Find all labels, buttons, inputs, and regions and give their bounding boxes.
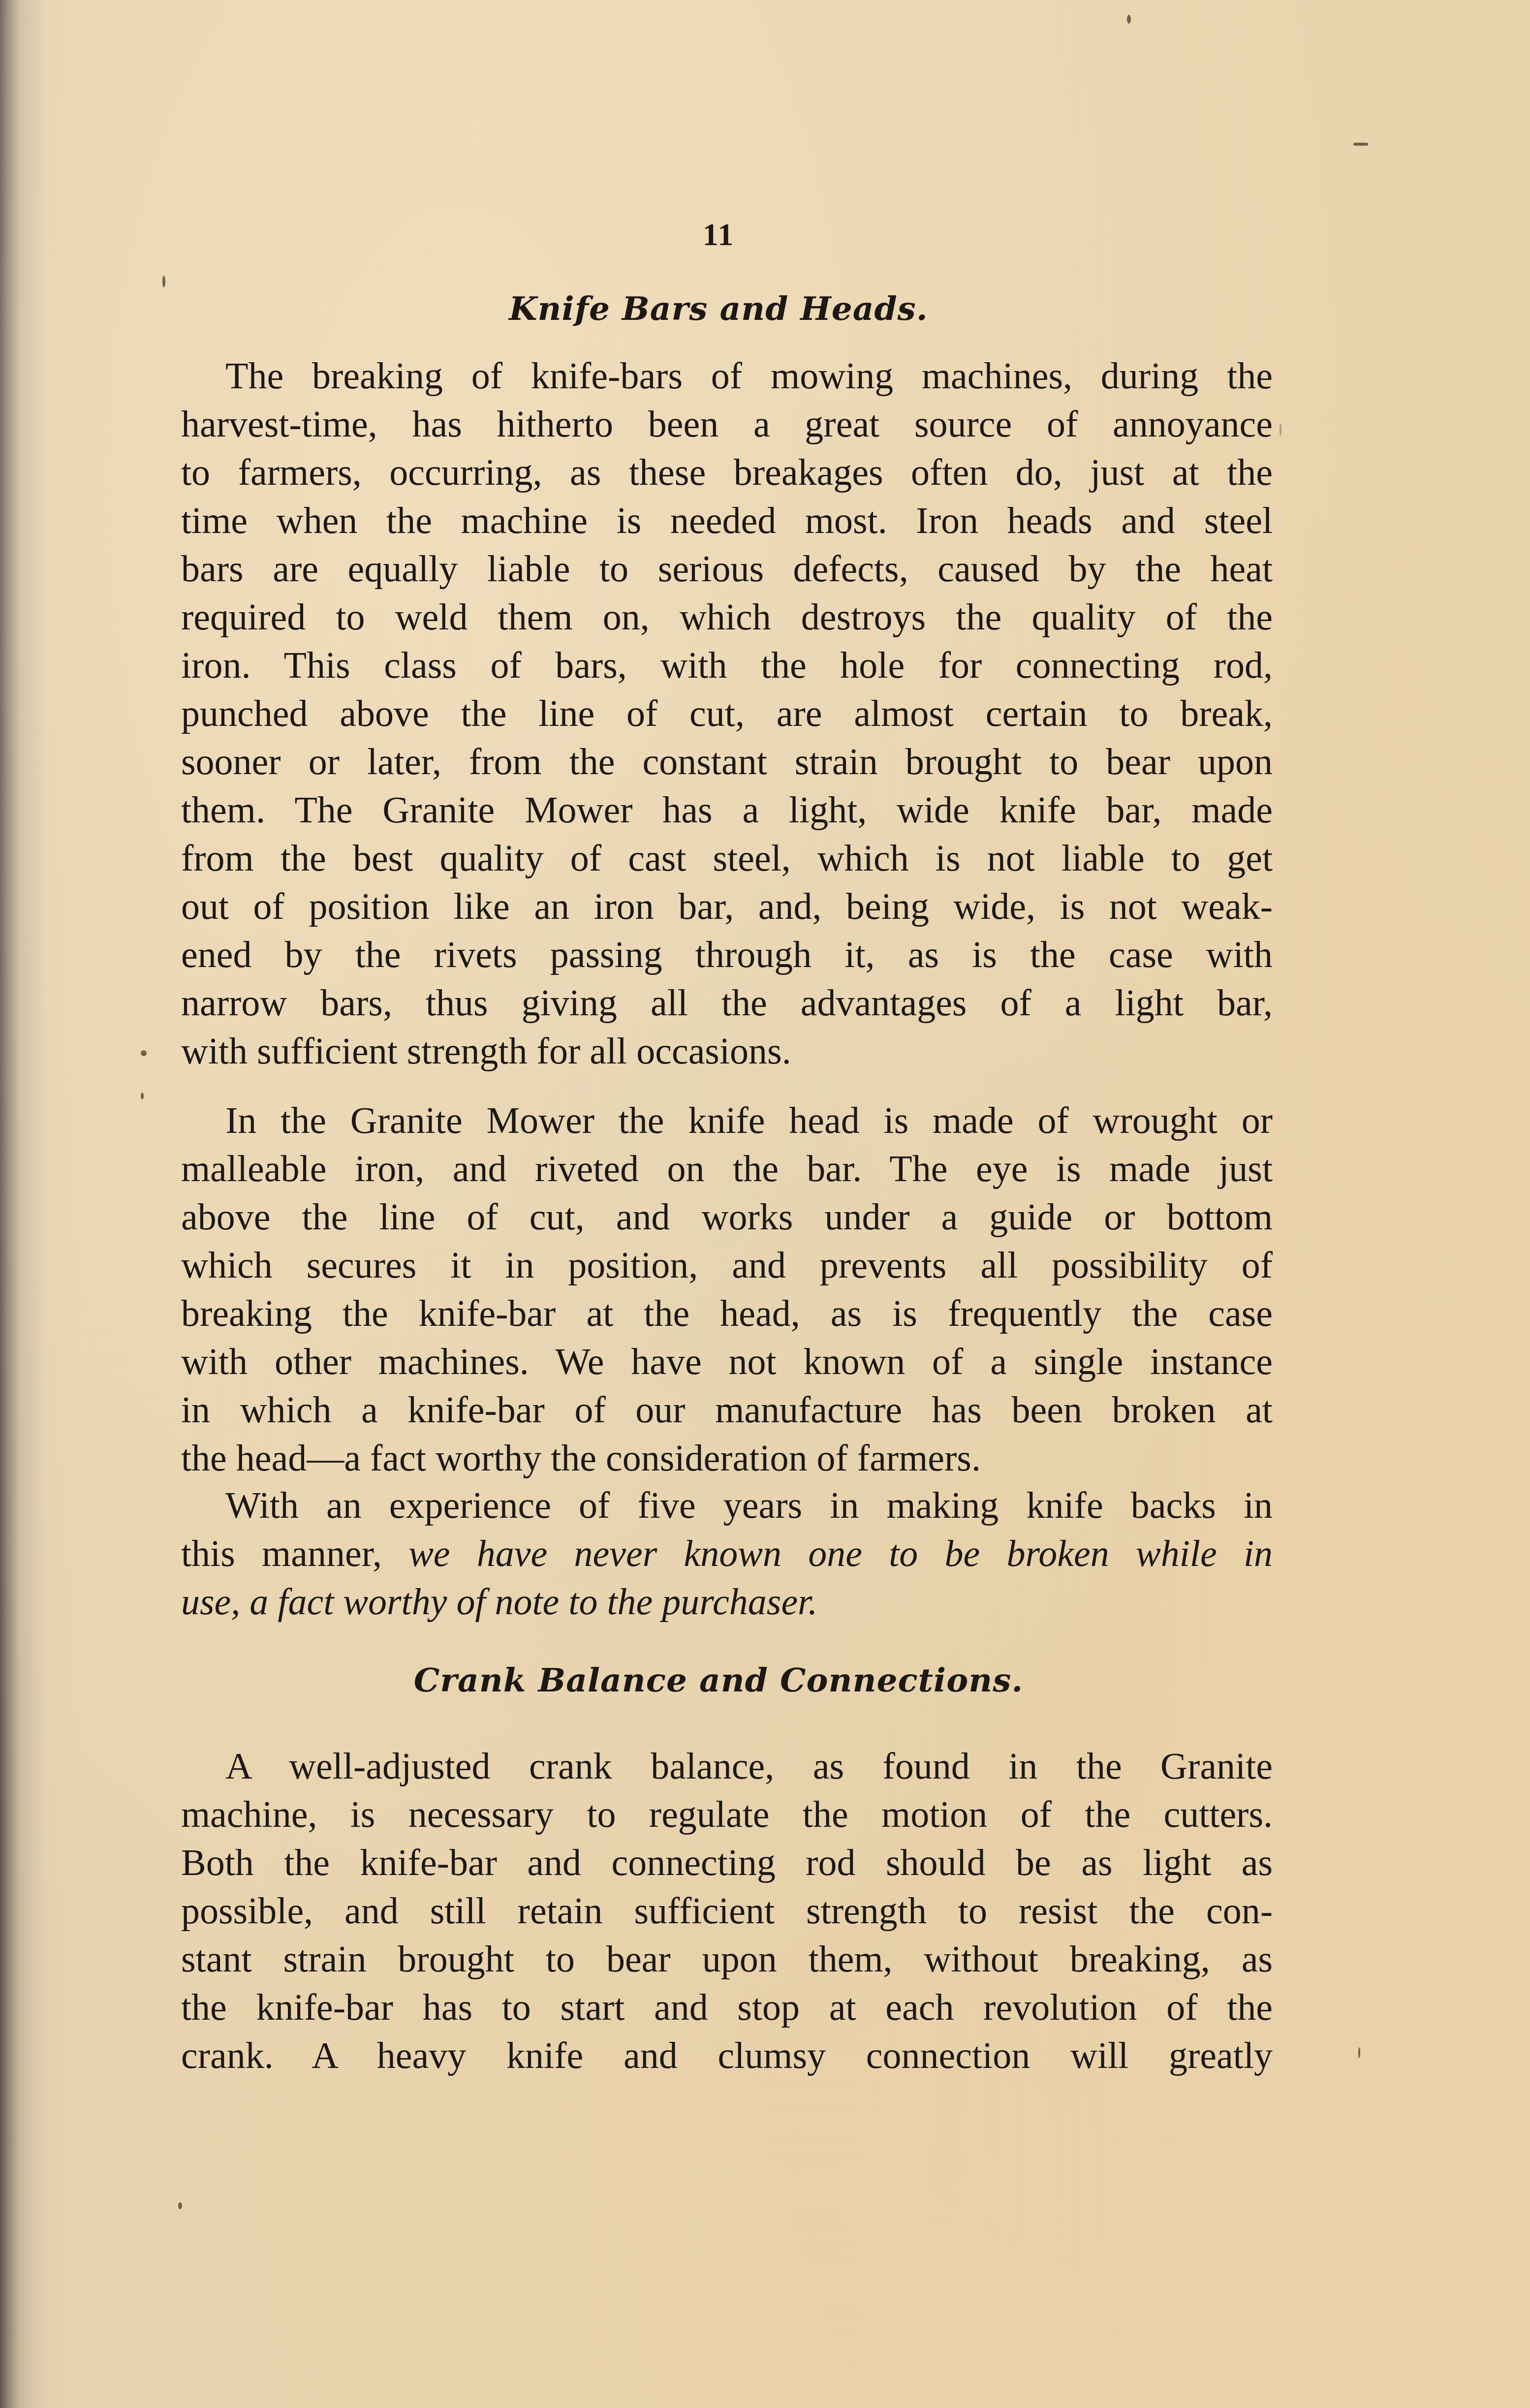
text-line: with sufficient strength for all occasio… xyxy=(181,1027,1273,1075)
page-number: 11 xyxy=(0,217,1437,253)
paper-speck xyxy=(141,1093,144,1099)
paragraph-knife-bars-3: With an experience of five years in maki… xyxy=(181,1481,1273,1626)
paper-speck xyxy=(1353,143,1368,146)
italic-text-run: use, a fact worthy of note to the purcha… xyxy=(181,1581,817,1623)
italic-text-run: we have never known one to be broken whi… xyxy=(408,1533,1273,1574)
paper-speck xyxy=(178,2202,182,2209)
text-line: crank. A heavy knife and clumsy connecti… xyxy=(181,2032,1273,2080)
paragraph-knife-bars-1: The breaking of knife-bars of mowing mac… xyxy=(181,352,1273,1075)
text-run: With an experience of five years in maki… xyxy=(225,1485,1273,1526)
text-line: With an experience of five years in maki… xyxy=(181,1481,1273,1530)
text-line: in which a knife-bar of our manufacture … xyxy=(181,1386,1273,1434)
text-line: harvest-time, has hitherto been a great … xyxy=(181,400,1273,448)
text-line: which secures it in position, and preven… xyxy=(181,1241,1273,1289)
text-line: machine, is necessary to regulate the mo… xyxy=(181,1790,1273,1839)
text-line: breaking the knife-bar at the head, as i… xyxy=(181,1289,1273,1338)
text-line: bars are equally liable to serious defec… xyxy=(181,545,1273,593)
text-line: from the best quality of cast steel, whi… xyxy=(181,834,1273,882)
text-line: punched above the line of cut, are almos… xyxy=(181,689,1273,738)
text-run: this manner, xyxy=(181,1533,408,1574)
paper-speck xyxy=(1280,423,1281,436)
section-heading-knife-bars: Knife Bars and Heads. xyxy=(0,289,1437,328)
text-line: ened by the rivets passing through it, a… xyxy=(181,931,1273,979)
text-line: malleable iron, and riveted on the bar. … xyxy=(181,1145,1273,1193)
text-line: the knife-bar has to start and stop at e… xyxy=(181,1983,1273,2032)
text-line: A well-adjusted crank balance, as found … xyxy=(181,1742,1273,1790)
paragraph-crank-balance-1: A well-adjusted crank balance, as found … xyxy=(181,1742,1273,2080)
text-line: with other machines. We have not known o… xyxy=(181,1338,1273,1386)
text-line: use, a fact worthy of note to the purcha… xyxy=(181,1578,1273,1626)
paper-speck xyxy=(1358,2047,1360,2058)
text-line: Both the knife-bar and connecting rod sh… xyxy=(181,1839,1273,1887)
paper-speck xyxy=(162,276,165,287)
text-line: iron. This class of bars, with the hole … xyxy=(181,641,1273,689)
text-line: above the line of cut, and works under a… xyxy=(181,1193,1273,1241)
text-line: time when the machine is needed most. Ir… xyxy=(181,497,1273,545)
paper-speck xyxy=(1127,15,1131,24)
text-line: out of position like an iron bar, and, b… xyxy=(181,882,1273,931)
text-line: possible, and still retain sufficient st… xyxy=(181,1887,1273,1935)
text-line: the head—a fact worthy the consideration… xyxy=(181,1434,1273,1482)
text-line: stant strain brought to bear upon them, … xyxy=(181,1935,1273,1983)
text-line: sooner or later, from the constant strai… xyxy=(181,738,1273,786)
section-heading-crank-balance: Crank Balance and Connections. xyxy=(0,1661,1437,1699)
paragraph-knife-bars-2: In the Granite Mower the knife head is m… xyxy=(181,1096,1273,1482)
text-line: narrow bars, thus giving all the advanta… xyxy=(181,979,1273,1027)
text-line: required to weld them on, which destroys… xyxy=(181,593,1273,641)
text-line: to farmers, occurring, as these breakage… xyxy=(181,448,1273,497)
text-line: this manner, we have never known one to … xyxy=(181,1530,1273,1578)
paper-speck xyxy=(141,1050,147,1056)
text-line: them. The Granite Mower has a light, wid… xyxy=(181,786,1273,834)
text-line: In the Granite Mower the knife head is m… xyxy=(181,1096,1273,1145)
text-line: The breaking of knife-bars of mowing mac… xyxy=(181,352,1273,400)
